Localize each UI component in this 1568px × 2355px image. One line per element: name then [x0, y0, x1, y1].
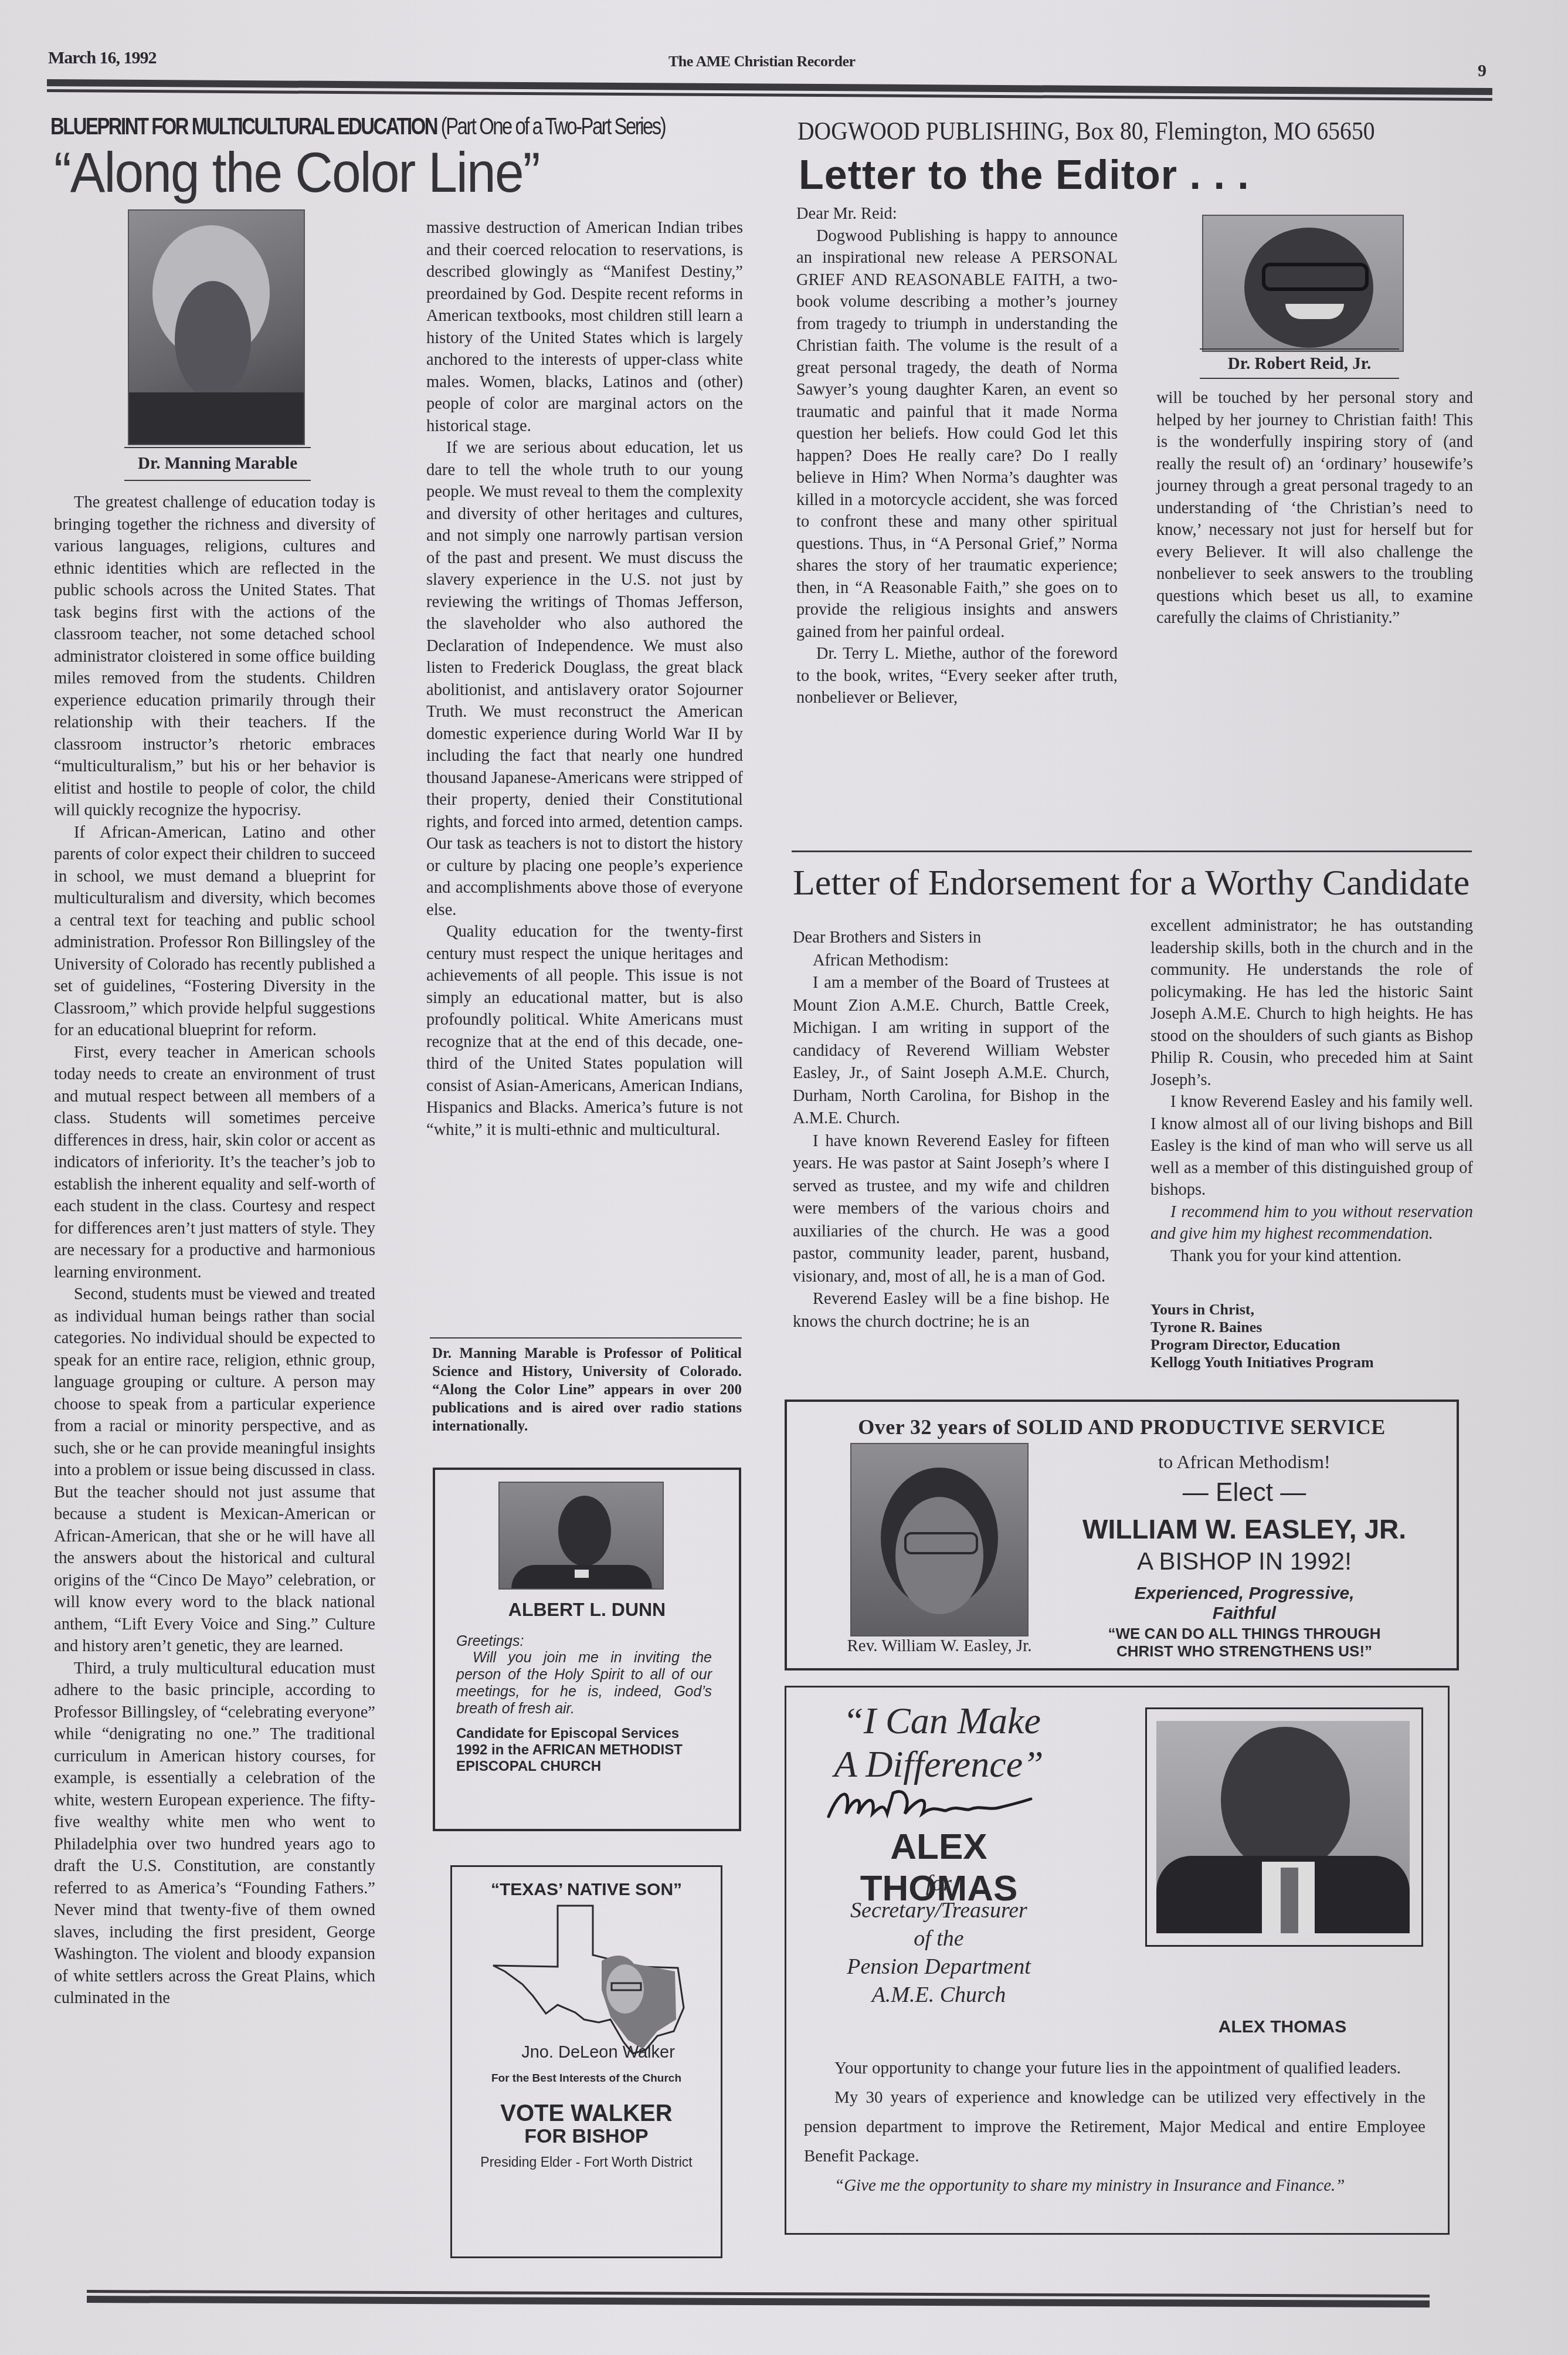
easley-name: WILLIAM W. EASLEY, JR.	[1039, 1513, 1450, 1545]
marable-column-2: massive destruction of American Indian t…	[426, 217, 743, 1141]
texas-map-icon	[487, 1902, 698, 2055]
thomas-slogan-1: “I Can Make	[816, 1699, 1068, 1743]
dunn-candidacy: Candidate for Episcopal Services 1992 in…	[456, 1726, 714, 1775]
walker-name: Jno. DeLeon Walker	[452, 2043, 721, 2062]
article-kicker: BLUEPRINT FOR MULTICULTURAL EDUCATION (P…	[50, 114, 665, 140]
walker-position: Presiding Elder - Fort Worth District	[452, 2154, 721, 2170]
walker-tagline: “TEXAS’ NATIVE SON”	[452, 1880, 721, 1900]
dunn-message: Will you join me in inviting the person …	[456, 1649, 712, 1717]
paragraph: If African-American, Latino and other pa…	[54, 822, 375, 1042]
thomas-paragraph-1: Your opportunity to change your future l…	[804, 2054, 1426, 2083]
paragraph: Dogwood Publishing is happy to announce …	[796, 225, 1118, 643]
signature-closing: Yours in Christ,	[1150, 1301, 1467, 1319]
ad-walker: “TEXAS’ NATIVE SON” Jno. DeLeon Walker F…	[450, 1865, 722, 2258]
newspaper-page: March 16, 1992 The AME Christian Recorde…	[0, 0, 1568, 2355]
thomas-office-3: Pension Department	[810, 1954, 1068, 1980]
endorsement-signature: Yours in Christ, Tyrone R. Baines Progra…	[1150, 1301, 1467, 1371]
marable-suit	[129, 392, 304, 444]
kicker-series: (Part One of a Two-Part Series)	[441, 114, 666, 140]
letter-column-1: Dear Mr. Reid: Dogwood Publishing is hap…	[796, 203, 1118, 709]
paragraph: Third, a truly multicultural education m…	[54, 1658, 375, 2010]
paragraph: Dr. Terry L. Miethe, author of the forew…	[796, 643, 1118, 709]
reid-glasses	[1262, 263, 1369, 291]
footer-rule-thick	[87, 2296, 1430, 2307]
easley-quote-1: “WE CAN DO ALL THINGS THROUGH	[1039, 1625, 1450, 1643]
thomas-office-2: of the	[810, 1926, 1068, 1951]
paragraph: will be touched by her personal story an…	[1156, 387, 1473, 629]
easley-photo	[850, 1443, 1029, 1636]
thomas-office-4: A.M.E. Church	[810, 1982, 1068, 2008]
kicker-main: BLUEPRINT FOR MULTICULTURAL EDUCATION	[50, 114, 437, 140]
letter-column-2: will be touched by her personal story an…	[1156, 387, 1473, 629]
ad-easley: Over 32 years of SOLID AND PRODUCTIVE SE…	[785, 1400, 1459, 1670]
marable-column-1: The greatest challenge of education toda…	[54, 492, 375, 2010]
easley-subbanner: to African Methodism!	[1039, 1451, 1450, 1473]
dunn-photo	[498, 1482, 664, 1590]
letter-headline: Letter to the Editor . . .	[799, 151, 1250, 198]
reid-caption: Dr. Robert Reid, Jr.	[1200, 354, 1399, 374]
easley-face	[895, 1497, 983, 1614]
page-number: 9	[1478, 61, 1486, 81]
dunn-greeting: Greetings:	[456, 1633, 524, 1650]
paragraph: First, every teacher in American schools…	[54, 1042, 375, 1284]
endorsement-column-1: Dear Brothers and Sisters in African Met…	[793, 927, 1109, 1333]
thomas-body: Your opportunity to change your future l…	[804, 2054, 1426, 2200]
thomas-name-heading: ALEX THOMAS	[810, 1826, 1068, 1909]
signature-name: Tyrone R. Baines	[1150, 1319, 1467, 1336]
easley-goal: A BISHOP IN 1992!	[1039, 1547, 1450, 1575]
article-headline: “Along the Color Line”	[54, 141, 539, 205]
thomas-office-1: Secretary/Treasurer	[810, 1897, 1068, 1923]
paragraph: If we are serious about education, let u…	[426, 437, 743, 921]
endorsement-headline: Letter of Endorsement for a Worthy Candi…	[793, 862, 1469, 904]
thomas-for: for	[810, 1871, 1068, 1896]
dunn-collar	[575, 1570, 589, 1578]
marable-photo	[128, 209, 305, 445]
easley-quote-2: CHRIST WHO STRENGTHENS US!”	[1039, 1642, 1450, 1661]
thomas-quote: “Give me the opportunity to share my min…	[804, 2171, 1426, 2200]
easley-photo-caption: Rev. William W. Easley, Jr.	[828, 1636, 1051, 1656]
thomas-photo-caption: ALEX THOMAS	[1145, 2017, 1420, 2037]
paragraph: Second, students must be viewed and trea…	[54, 1283, 375, 1658]
endorsement-column-2: excellent administrator; he has outstand…	[1150, 915, 1473, 1267]
easley-qualities-2: Faithful	[1039, 1604, 1450, 1624]
paragraph: I have known Reverend Easley for fifteen…	[793, 1130, 1109, 1289]
easley-glasses	[904, 1532, 978, 1554]
paragraph: Thank you for your kind attention.	[1150, 1245, 1473, 1268]
thomas-slogan-2: A Difference”	[810, 1743, 1068, 1786]
dunn-name: ALBERT L. DUNN	[435, 1599, 739, 1621]
signature-title: Program Director, Education	[1150, 1336, 1467, 1354]
marable-face	[175, 281, 251, 398]
paragraph: massive destruction of American Indian t…	[426, 217, 743, 437]
walker-vote-line2: FOR BISHOP	[452, 2125, 721, 2148]
paragraph: Reverend Easley will be a fine bishop. H…	[793, 1288, 1109, 1333]
paragraph: I know Reverend Easley and his family we…	[1150, 1091, 1473, 1201]
endorsement-salutation-2: African Methodism:	[793, 950, 1109, 973]
marable-caption: Dr. Manning Marable	[124, 454, 311, 473]
caption-rule-bottom	[124, 480, 311, 481]
letter-salutation: Dear Mr. Reid:	[796, 203, 1118, 225]
thomas-tie	[1281, 1868, 1298, 1933]
paragraph: I am a member of the Board of Trustees a…	[793, 972, 1109, 1130]
walker-slogan: For the Best Interests of the Church	[452, 2072, 721, 2085]
caption-rule-top	[124, 447, 311, 448]
thomas-face	[1221, 1727, 1350, 1873]
section-divider	[792, 850, 1472, 852]
signature-org: Kellogg Youth Initiatives Program	[1150, 1354, 1467, 1371]
publisher-line: DOGWOOD PUBLISHING, Box 80, Flemington, …	[797, 116, 1375, 146]
paragraph: excellent administrator; he has outstand…	[1150, 915, 1473, 1091]
easley-banner: Over 32 years of SOLID AND PRODUCTIVE SE…	[787, 1415, 1457, 1439]
walker-vote-line1: VOTE WALKER	[452, 2100, 721, 2127]
easley-qualities-1: Experienced, Progressive,	[1039, 1584, 1450, 1604]
issue-date: March 16, 1992	[48, 48, 157, 68]
endorsement-salutation-1: Dear Brothers and Sisters in	[793, 927, 1109, 950]
paragraph: Quality education for the twenty-first c…	[426, 921, 743, 1141]
reid-caption-rule-top	[1200, 348, 1399, 350]
bio-rule	[430, 1337, 742, 1339]
reid-caption-rule-bottom	[1200, 378, 1399, 379]
author-bio: Dr. Manning Marable is Professor of Poli…	[432, 1344, 742, 1435]
reid-smile	[1285, 304, 1344, 319]
ad-albert-dunn: ALBERT L. DUNN Greetings: Will you join …	[433, 1468, 741, 1831]
paragraph: The greatest challenge of education toda…	[54, 492, 375, 822]
reid-photo	[1202, 215, 1404, 352]
thomas-paragraph-2: My 30 years of experience and knowledge …	[804, 2083, 1426, 2171]
dunn-face	[558, 1496, 611, 1566]
thomas-photo	[1156, 1721, 1410, 1933]
thomas-signature-icon	[823, 1781, 1034, 1828]
thomas-photo-frame	[1145, 1707, 1423, 1947]
ad-alex-thomas: “I Can Make A Difference” ALEX THOMAS fo…	[785, 1686, 1450, 2235]
publication-name: The AME Christian Recorder	[668, 53, 855, 70]
easley-elect: — Elect —	[1039, 1478, 1450, 1507]
paragraph: I recommend him to you without reservati…	[1150, 1201, 1473, 1245]
